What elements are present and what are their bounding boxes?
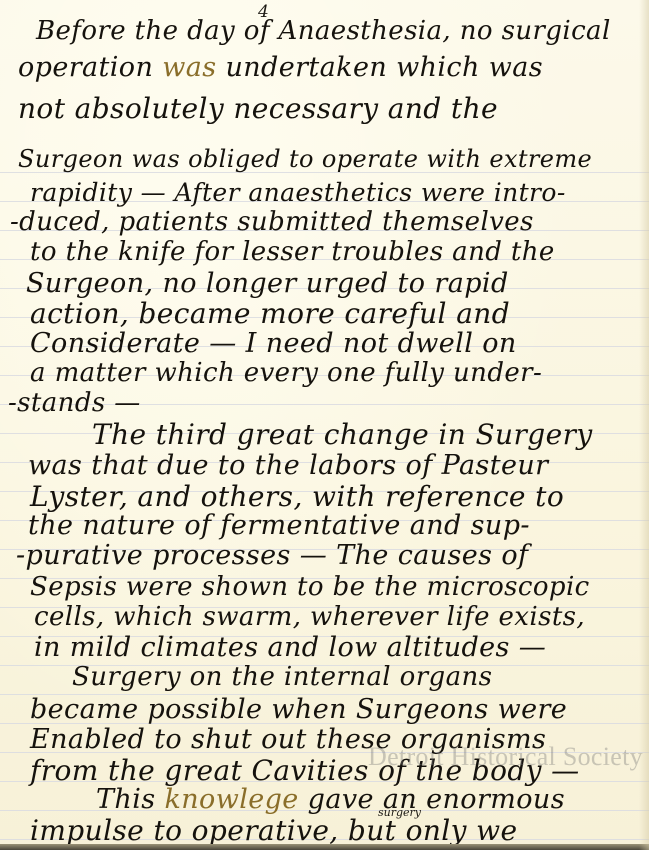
letter-page: 4 Before the day of Anaesthesia, no surg… [0,0,649,850]
text-line: -duced, patients submitted themselves [10,207,534,237]
text-line: -stands — [8,388,141,418]
text-line: became possible when Surgeons were [30,694,567,725]
text-line: the nature of fermentative and sup- [28,510,530,541]
text-line: cells, which swarm, wherever life exists… [34,602,585,632]
text-line: The third great change in Surgery [92,418,593,451]
text-line: Before the day of Anaesthesia, no surgic… [36,16,611,46]
text-line: Considerate — I need not dwell on [30,328,517,359]
text-line: action, became more careful and [30,297,510,330]
text-line: Sepsis were shown to be the microscopic [30,572,590,602]
text-line: Lyster, and others, with reference to [30,480,564,513]
insertion-note: surgery [378,806,421,819]
page-bottom-edge [0,844,649,850]
text-segment: operation [18,52,162,83]
gold-ink-word: was [162,52,216,83]
text-line: was that due to the labors of Pasteur [28,450,548,481]
text-line: a matter which every one fully under- [30,358,542,388]
text-segment: This [96,784,164,815]
text-line: from the great Cavities of the body — [30,754,580,787]
text-line: operation was undertaken which was [18,52,543,83]
text-line: Surgery on the internal organs [72,662,492,692]
text-segment: gave an enormous [299,784,565,815]
text-line: Surgeon, no longer urged to rapid [26,268,509,299]
text-line: to the knife for lesser troubles and the [30,237,555,267]
text-line: Surgeon was obliged to operate with extr… [18,145,592,173]
text-line: This knowlege gave an enormous [96,784,565,815]
text-line: in mild climates and low altitudes — [34,632,546,663]
text-line: -purative processes — The causes of [16,540,528,571]
text-line: not absolutely necessary and the [18,92,498,125]
text-line: rapidity — After anaesthetics were intro… [30,178,566,207]
text-line: impulse to operative, but only we [30,814,518,847]
text-segment: undertaken which was [217,52,543,83]
text-line: Enabled to shut out these organisms [30,724,546,755]
gold-ink-word: knowlege [164,784,298,815]
